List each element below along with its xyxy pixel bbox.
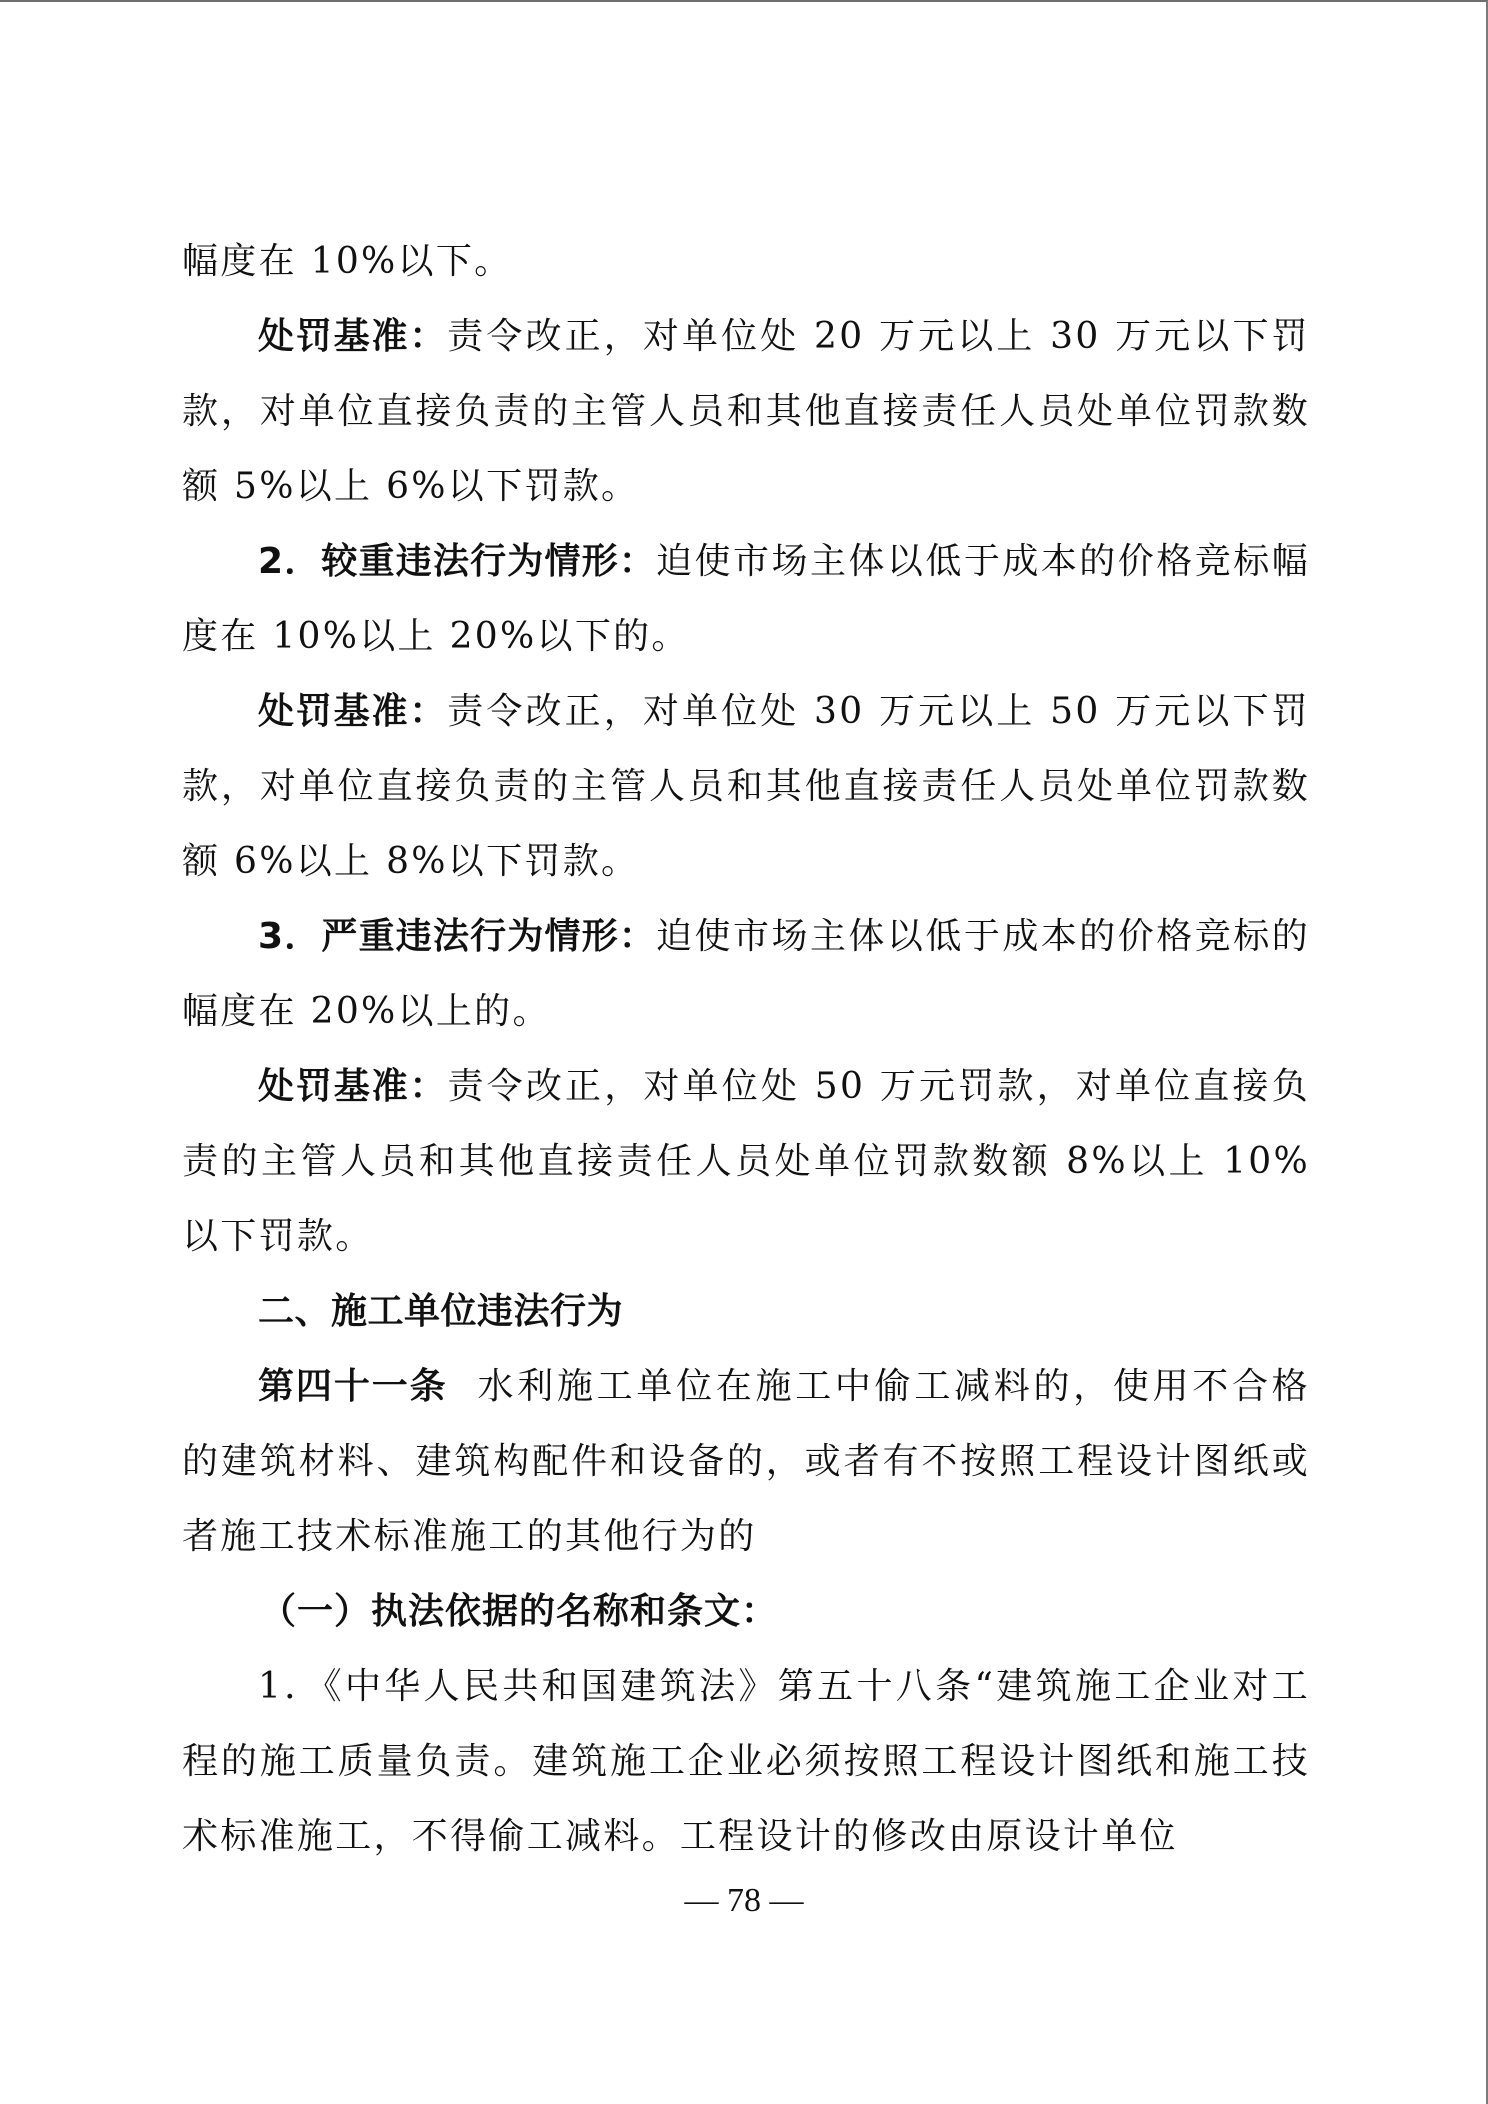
penalty-standard-label: 处罚基准： <box>258 316 447 357</box>
penalty-standard-paragraph: 处罚基准：责令改正，对单位处 30 万元以上 50 万元以下罚款，对单位直接负责… <box>182 674 1310 899</box>
serious-violation-paragraph: 2．较重违法行为情形：迫使市场主体以低于成本的价格竞标幅度在 10%以上 20%… <box>182 524 1310 674</box>
document-body: 幅度在 10%以下。 处罚基准：责令改正，对单位处 20 万元以上 30 万元以… <box>182 224 1310 1874</box>
paragraph-continuation: 幅度在 10%以下。 <box>182 224 1310 299</box>
sub-heading: （一）执法依据的名称和条文： <box>182 1574 1310 1649</box>
penalty-standard-paragraph: 处罚基准：责令改正，对单位处 20 万元以上 30 万元以下罚款，对单位直接负责… <box>182 299 1310 524</box>
violation-level-label: 3．严重违法行为情形： <box>258 916 656 957</box>
violation-level-label: 2．较重违法行为情形： <box>258 541 656 582</box>
article-paragraph: 第四十一条水利施工单位在施工中偷工减料的，使用不合格的建筑材料、建筑构配件和设备… <box>182 1349 1310 1574</box>
page-number: — 78 — <box>0 1882 1488 1920</box>
paragraph-text: 幅度在 10%以下。 <box>182 241 512 282</box>
severe-violation-paragraph: 3．严重违法行为情形：迫使市场主体以低于成本的价格竞标的幅度在 20%以上的。 <box>182 899 1310 1049</box>
penalty-standard-label: 处罚基准： <box>258 1066 447 1107</box>
legal-basis-paragraph: 1．《中华人民共和国建筑法》第五十八条“建筑施工企业对工程的施工质量负责。建筑施… <box>182 1649 1310 1874</box>
penalty-standard-paragraph: 处罚基准：责令改正，对单位处 50 万元罚款，对单位直接负责的主管人员和其他直接… <box>182 1049 1310 1274</box>
article-label: 第四十一条 <box>258 1366 448 1407</box>
penalty-standard-label: 处罚基准： <box>258 691 447 732</box>
section-heading: 二、施工单位违法行为 <box>182 1274 1310 1349</box>
document-page: 幅度在 10%以下。 处罚基准：责令改正，对单位处 20 万元以上 30 万元以… <box>0 0 1488 2104</box>
